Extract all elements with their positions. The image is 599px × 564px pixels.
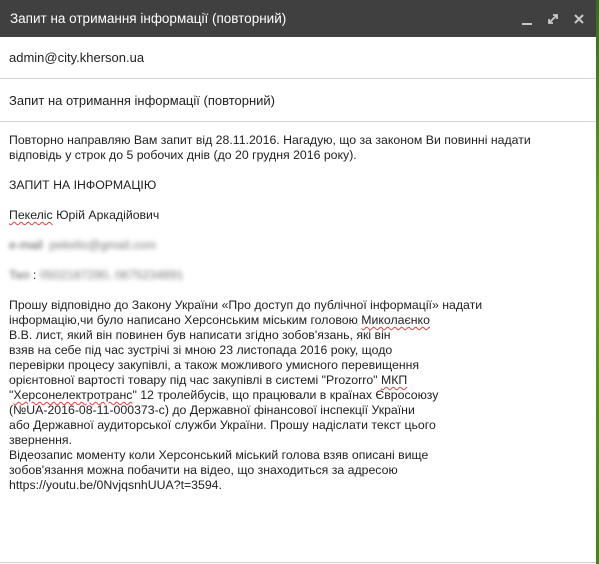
intro-line: Повторно направляю Вам запит від 28.11.2… bbox=[9, 133, 589, 148]
body-line: Відеозапис моменту коли Херсонський місь… bbox=[9, 448, 589, 463]
body-line: взяв на себе під час зустрічі зі мною 23… bbox=[9, 343, 589, 358]
body-line: звернення. bbox=[9, 433, 589, 448]
body-line: "Херсонелектротранс" 12 тролейбусів, що … bbox=[9, 388, 589, 403]
body-line: або Державної аудиторської служби Україн… bbox=[9, 418, 589, 433]
email-label: e-mail bbox=[9, 238, 42, 252]
request-heading: ЗАПИТ НА ІНФОРМАЦІЮ bbox=[9, 178, 589, 193]
divider bbox=[0, 562, 596, 563]
body-line: орієнтовної вартості товару під час заку… bbox=[9, 373, 589, 388]
sender-phone: Тел : 0502187290, 0675234891 bbox=[9, 268, 589, 283]
misspelled-word: Пекеліс bbox=[9, 208, 53, 222]
body-line: Прошу відповідно до Закону України «Про … bbox=[9, 298, 589, 313]
intro-line: відповідь у строк до 5 робочих днів (до … bbox=[9, 148, 589, 163]
misspelled-word: МКП bbox=[381, 373, 407, 387]
phone-value-redacted: 0502187290, 0675234891 bbox=[40, 268, 184, 283]
body-line: інформацію,чи було написано Херсонським … bbox=[9, 313, 589, 328]
sender-email: e-mail pekelis@gmail.com bbox=[9, 238, 589, 253]
subject-field[interactable]: Запит на отримання інформації (повторний… bbox=[0, 79, 596, 122]
recipient-address: admin@city.kherson.ua bbox=[9, 50, 144, 65]
body-line: перевірки процесу закупівлі, а також мож… bbox=[9, 358, 589, 373]
compose-window: Запит на отримання інформації (повторний… bbox=[0, 0, 599, 564]
body-line: зобов'язання можна побачити на відео, що… bbox=[9, 463, 589, 478]
to-field[interactable]: admin@city.kherson.ua bbox=[0, 37, 596, 79]
email-value-redacted: pekelis@gmail.com bbox=[49, 238, 156, 253]
subject-text: Запит на отримання інформації (повторний… bbox=[9, 93, 275, 108]
phone-label: Тел bbox=[9, 268, 29, 282]
minimize-icon[interactable] bbox=[520, 12, 534, 26]
window-controls bbox=[520, 0, 586, 37]
message-body[interactable]: Повторно направляю Вам запит від 28.11.2… bbox=[9, 133, 589, 493]
sender-name: Пекеліс Юрій Аркадійович bbox=[9, 208, 589, 223]
close-icon[interactable] bbox=[572, 12, 586, 26]
misspelled-word: Миколаєнко bbox=[361, 313, 430, 327]
window-title: Запит на отримання інформації (повторний… bbox=[0, 11, 286, 26]
video-link: https://youtu.be/0NvjqsnhUUA?t=3594. bbox=[9, 478, 589, 493]
expand-icon[interactable] bbox=[546, 12, 560, 26]
body-line: В.В. лист, який він повинен був написати… bbox=[9, 328, 589, 343]
misspelled-word: Херсонелектротранс bbox=[13, 388, 132, 402]
body-line: (№UA-2016-08-11-000373-c) до Державної ф… bbox=[9, 403, 589, 418]
compose-titlebar[interactable]: Запит на отримання інформації (повторний… bbox=[0, 0, 596, 37]
